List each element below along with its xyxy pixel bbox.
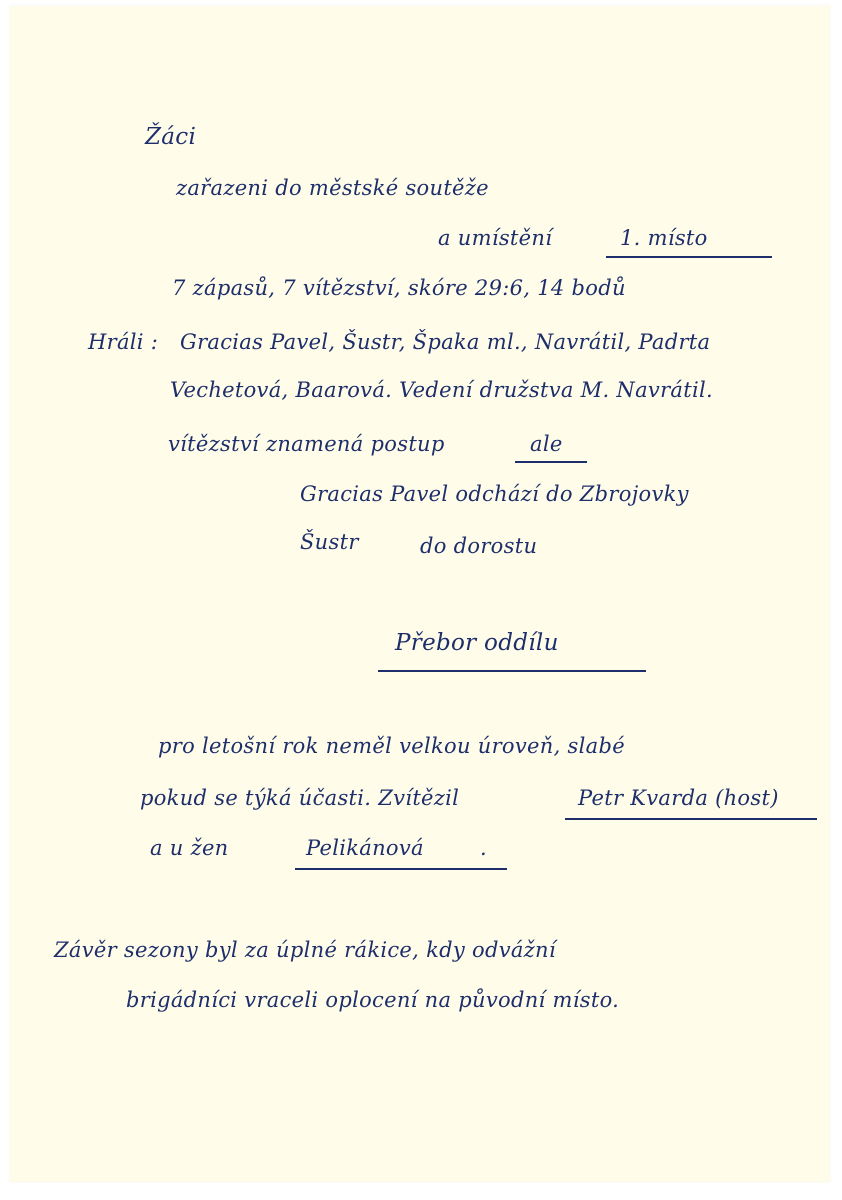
- players-label: Hráli :: [88, 332, 158, 353]
- leaving-line-2-name: Šustr: [300, 532, 359, 553]
- leaving-line-2-dest: do dorostu: [420, 536, 537, 557]
- club-line-3-suffix: .: [480, 838, 487, 859]
- winner-women-underline: [295, 868, 507, 870]
- club-winner-men: Petr Kvarda (host): [578, 788, 779, 809]
- players-line-1: Gracias Pavel, Šustr, Špaka ml., Navráti…: [180, 332, 710, 353]
- leaving-line-1: Gracias Pavel odchází do Zbrojovky: [300, 484, 689, 505]
- section-title-club-championship: Přebor oddílu: [395, 632, 559, 655]
- club-line-2-prefix: pokud se týká účasti. Zvítězil: [140, 788, 459, 809]
- season-end-line-2: brigádníci vraceli oplocení na původní m…: [126, 990, 619, 1011]
- handwritten-page: Žáci zařazeni do městské soutěže a umíst…: [10, 6, 830, 1182]
- players-line-2: Vechetová, Baarová. Vedení družstva M. N…: [170, 380, 713, 401]
- club-winner-women: Pelikánová: [306, 838, 424, 859]
- club-championship-underline: [378, 670, 646, 672]
- victory-line-but: ale: [530, 434, 563, 455]
- students-results-line: 7 zápasů, 7 vítězství, skóre 29:6, 14 bo…: [172, 278, 626, 299]
- students-line-2-prefix: a umístění: [438, 228, 552, 249]
- club-line-1: pro letošní rok neměl velkou úroveň, sla…: [158, 736, 625, 757]
- winner-men-underline: [565, 818, 817, 820]
- section-title-students: Žáci: [145, 126, 196, 149]
- students-line-1: zařazeni do městské soutěže: [176, 178, 489, 199]
- club-line-3-prefix: a u žen: [150, 838, 229, 859]
- victory-line-prefix: vítězství znamená postup: [168, 434, 445, 455]
- season-end-line-1: Závěr sezony byl za úplné rákice, kdy od…: [54, 940, 556, 961]
- placement-value: 1. místo: [620, 228, 708, 249]
- placement-underline: [606, 256, 772, 258]
- but-underline: [515, 461, 587, 463]
